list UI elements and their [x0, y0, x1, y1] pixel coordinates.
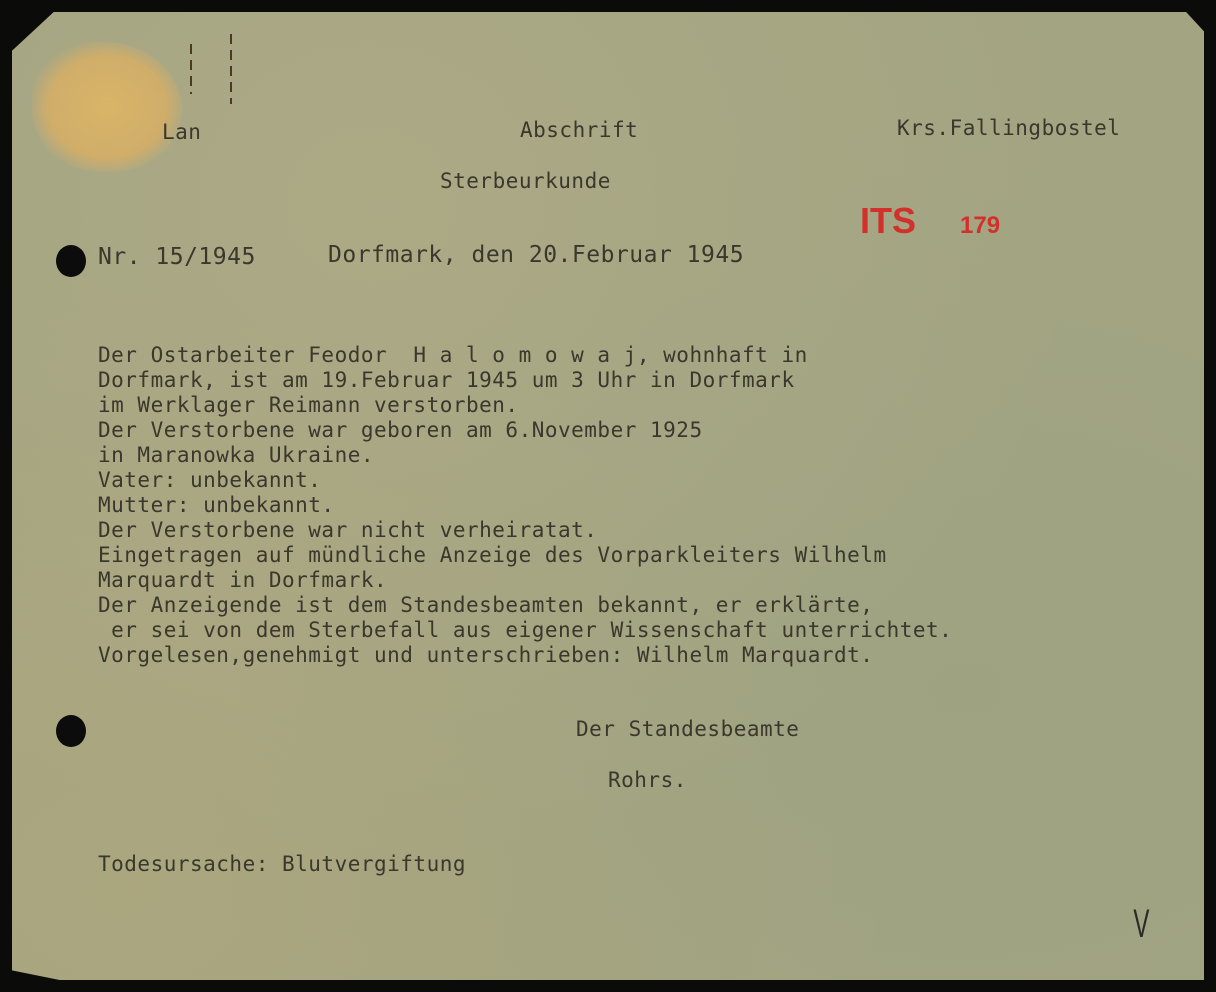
paper-stain: [32, 42, 182, 172]
document-page: Lan Abschrift Krs.Fallingbostel Sterbeur…: [12, 12, 1204, 980]
its-stamp-number: 179: [960, 212, 1000, 240]
header-abschrift: Abschrift: [520, 118, 638, 143]
signature-name: Rohrs.: [608, 768, 687, 793]
header-district: Krs.Fallingbostel: [897, 116, 1120, 141]
header-left-fragment: Lan: [162, 120, 201, 145]
body-line: Der Ostarbeiter Feodor H a l o m o w a j…: [98, 343, 952, 368]
its-stamp-label: ITS: [860, 200, 916, 242]
body-line: Mutter: unbekannt.: [98, 493, 952, 518]
document-title: Sterbeurkunde: [440, 169, 611, 194]
body-line: in Maranowka Ukraine.: [98, 443, 952, 468]
record-place-date: Dorfmark, den 20.Februar 1945: [328, 243, 744, 268]
body-line: Vorgelesen,genehmigt und unterschrieben:…: [98, 643, 952, 668]
body-line: Der Anzeigende ist dem Standesbeamten be…: [98, 593, 952, 618]
certificate-body: Der Ostarbeiter Feodor H a l o m o w a j…: [98, 343, 952, 668]
record-number: Nr. 15/1945: [98, 245, 256, 270]
body-line: im Werklager Reimann verstorben.: [98, 393, 952, 418]
body-line: Der Verstorbene war geboren am 6.Novembe…: [98, 418, 952, 443]
body-line: Der Verstorbene war nicht verheiratat.: [98, 518, 952, 543]
pencil-tick-mark: [230, 34, 232, 104]
signature-role: Der Standesbeamte: [576, 717, 799, 742]
body-line: Vater: unbekannt.: [98, 468, 952, 493]
pencil-tick-mark: [190, 44, 192, 94]
body-line: er sei von dem Sterbefall aus eigener Wi…: [98, 618, 952, 643]
punch-hole: [56, 715, 86, 747]
handwritten-mark: V: [1133, 902, 1149, 947]
body-line: Eingetragen auf mündliche Anzeige des Vo…: [98, 543, 952, 568]
body-line: Marquardt in Dorfmark.: [98, 568, 952, 593]
body-line: Dorfmark, ist am 19.Februar 1945 um 3 Uh…: [98, 368, 952, 393]
punch-hole: [56, 245, 86, 277]
cause-of-death: Todesursache: Blutvergiftung: [98, 852, 466, 877]
